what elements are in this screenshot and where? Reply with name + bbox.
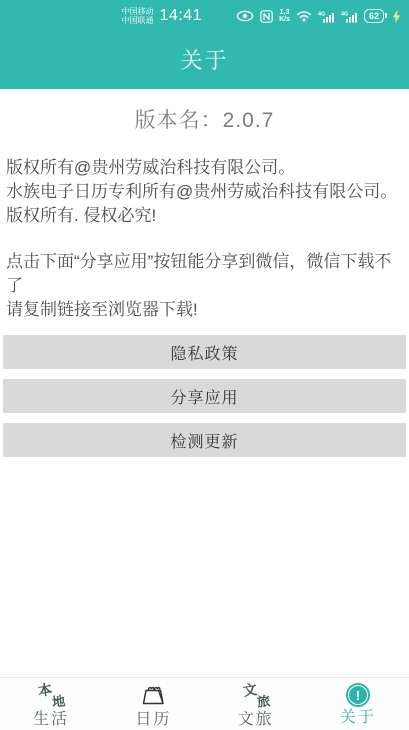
page-header: 关于: [0, 30, 409, 89]
top-teal-block: 中国移动 中国联通 14:41: [0, 0, 409, 89]
eye-icon: [236, 10, 254, 22]
signal-icon: 4G: [341, 10, 358, 23]
status-bar: 中国移动 中国联通 14:41: [0, 0, 409, 30]
icon-char: 旅: [256, 690, 271, 710]
tab-culture-tourism[interactable]: 文 旅 文旅: [205, 678, 307, 730]
tab-culture-tourism-label: 文旅: [238, 710, 274, 730]
info-circle-icon: !: [346, 683, 370, 707]
share-note-line: 请复制链接至浏览器下载!: [6, 298, 403, 322]
privacy-policy-button[interactable]: 隐私政策: [3, 335, 406, 369]
share-note-line: 点击下面“分享应用”按钮能分享到微信，微信下载不了: [6, 250, 403, 298]
check-update-button[interactable]: 检测更新: [3, 423, 406, 457]
calligraphy-wenlv-icon: 文 旅: [242, 682, 270, 709]
net-speed-unit: K/s: [279, 16, 290, 23]
copyright-line: 水族电子日历专利所有@贵州劳威治科技有限公司。: [6, 180, 403, 204]
tab-life[interactable]: 本 地 生活: [0, 678, 102, 730]
share-note: 点击下面“分享应用”按钮能分享到微信，微信下载不了 请复制链接至浏览器下载!: [6, 250, 403, 322]
icon-char: 地: [51, 690, 66, 710]
status-time: 14:41: [160, 7, 203, 25]
version-label: 版本名：2.0.7: [0, 104, 409, 134]
share-app-button[interactable]: 分享应用: [3, 379, 406, 413]
tab-about[interactable]: ! 关于: [307, 678, 409, 730]
status-icons: 1.3 K/s 4G: [236, 9, 401, 23]
copyright-line: 版权所有. 侵权必究!: [6, 204, 403, 228]
copyright-line: 版权所有@贵州劳威治科技有限公司。: [6, 156, 403, 180]
tab-calendar[interactable]: 日历: [102, 678, 204, 730]
copyright-block: 版权所有@贵州劳威治科技有限公司。 水族电子日历专利所有@贵州劳威治科技有限公司…: [6, 156, 403, 228]
svg-text:4G: 4G: [318, 11, 325, 17]
page-title: 关于: [180, 44, 228, 75]
calendar-icon: [139, 682, 167, 709]
charging-bolt-icon: [392, 10, 401, 23]
about-screen: 中国移动 中国联通 14:41: [0, 0, 409, 730]
carrier-1: 中国移动: [122, 7, 154, 16]
tab-life-label: 生活: [33, 710, 69, 730]
svg-text:4G: 4G: [341, 11, 348, 17]
carrier-labels: 中国移动 中国联通: [122, 7, 154, 25]
tab-calendar-label: 日历: [135, 710, 171, 730]
content-area: 版本名：2.0.7 版权所有@贵州劳威治科技有限公司。 水族电子日历专利所有@贵…: [0, 89, 409, 730]
calligraphy-bendi-icon: 本 地: [37, 682, 65, 709]
tab-bar: 本 地 生活 日历 文 旅 文旅: [0, 677, 409, 730]
icon-char: 文: [241, 679, 258, 701]
net-speed-indicator: 1.3 K/s: [279, 9, 290, 23]
tab-about-label: 关于: [340, 708, 376, 728]
battery-indicator: 62: [364, 9, 384, 23]
signal-icon: 4G: [318, 10, 335, 23]
exclamation-glyph: !: [356, 689, 360, 702]
nfc-icon: [260, 10, 273, 23]
net-speed-value: 1.3: [280, 9, 290, 16]
wifi-icon: [296, 10, 312, 22]
battery-percent: 62: [369, 11, 379, 21]
carrier-2: 中国联通: [122, 16, 154, 25]
